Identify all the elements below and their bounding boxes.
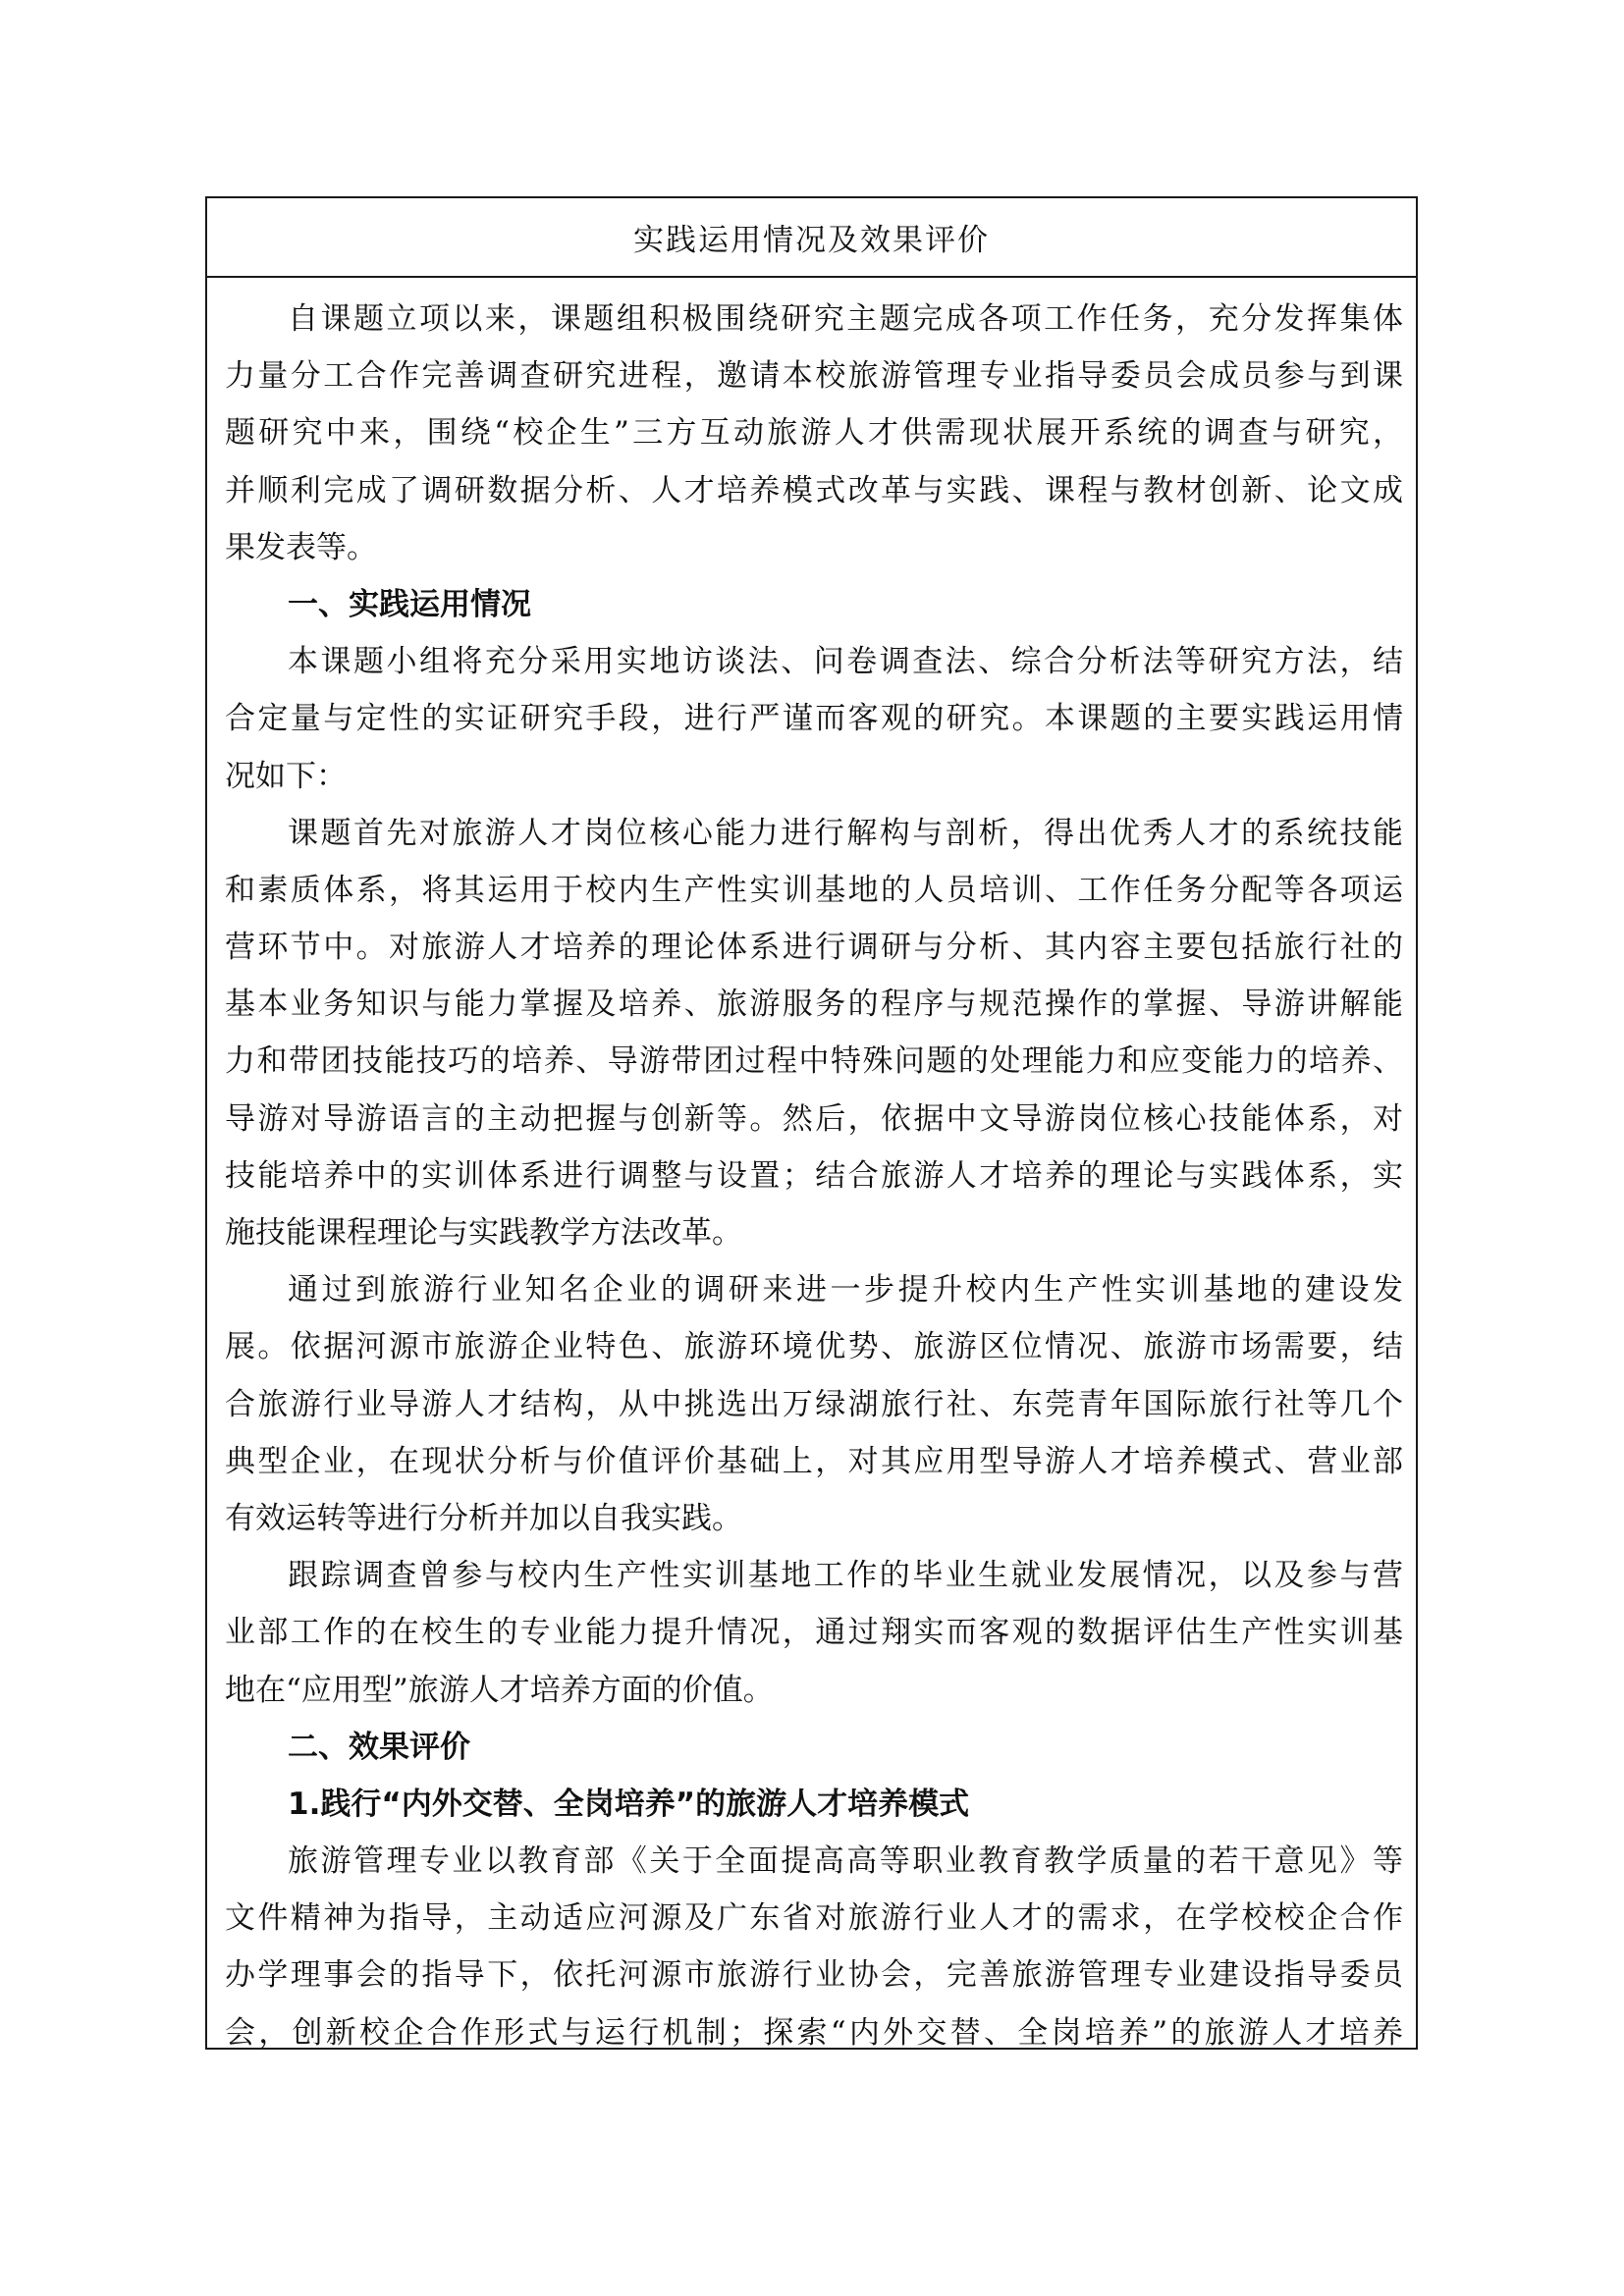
section-heading: 二、效果评价 (225, 1719, 1403, 1776)
paragraph: 本课题小组将充分采用实地访谈法、问卷调查法、综合分析法等研究方法，结合定量与定性… (225, 633, 1403, 805)
text-line: 施技能课程理论与实践教学方法改革。 (225, 1204, 1403, 1261)
text-line: 跟踪调查曾参与校内生产性实训基地工作的毕业生就业发展情况，以及参与营 (225, 1547, 1403, 1604)
heading-line: 一、实践运用情况 (225, 576, 1403, 633)
evaluation-table: 实践运用情况及效果评价 自课题立项以来，课题组积极围绕研究主题完成各项工作任务，… (205, 196, 1418, 2050)
paragraph: 旅游管理专业以教育部《关于全面提高高等职业教育教学质量的若干意见》等文件精神为指… (225, 1833, 1403, 2061)
text-line: 技能培养中的实训体系进行调整与设置；结合旅游人才培养的理论与实践体系，实 (225, 1148, 1403, 1204)
text-line: 况如下： (225, 748, 1403, 805)
paragraph: 通过到旅游行业知名企业的调研来进一步提升校内生产性实训基地的建设发展。依据河源市… (225, 1261, 1403, 1547)
heading-line: 二、效果评价 (225, 1719, 1403, 1776)
paragraph: 跟踪调查曾参与校内生产性实训基地工作的毕业生就业发展情况，以及参与营业部工作的在… (225, 1547, 1403, 1719)
text-line: 旅游管理专业以教育部《关于全面提高高等职业教育教学质量的若干意见》等 (225, 1833, 1403, 1890)
text-line: 通过到旅游行业知名企业的调研来进一步提升校内生产性实训基地的建设发 (225, 1261, 1403, 1318)
text-line: 果发表等。 (225, 519, 1403, 576)
text-line: 力和带团技能技巧的培养、导游带团过程中特殊问题的处理能力和应变能力的培养、 (225, 1033, 1403, 1090)
text-line: 导游对导游语言的主动把握与创新等。然后，依据中文导游岗位核心技能体系，对 (225, 1091, 1403, 1148)
text-line: 办学理事会的指导下，依托河源市旅游行业协会，完善旅游管理专业建设指导委员 (225, 1947, 1403, 2003)
table-title: 实践运用情况及效果评价 (633, 215, 990, 259)
section-heading: 1.践行“内外交替、全岗培养”的旅游人才培养模式 (225, 1776, 1403, 1833)
text-line: 基本业务知识与能力掌握及培养、旅游服务的程序与规范操作的掌握、导游讲解能 (225, 976, 1403, 1033)
text-line: 并顺利完成了调研数据分析、人才培养模式改革与实践、课程与教材创新、论文成 (225, 462, 1403, 519)
table-body-cell: 自课题立项以来，课题组积极围绕研究主题完成各项工作任务，充分发挥集体力量分工合作… (225, 291, 1403, 2061)
text-line: 合定量与定性的实证研究手段，进行严谨而客观的研究。本课题的主要实践运用情 (225, 690, 1403, 747)
text-line: 地在“应用型”旅游人才培养方面的价值。 (225, 1662, 1403, 1719)
text-line: 合旅游行业导游人才结构，从中挑选出万绿湖旅行社、东莞青年国际旅行社等几个 (225, 1376, 1403, 1433)
text-line: 课题首先对旅游人才岗位核心能力进行解构与剖析，得出优秀人才的系统技能 (225, 805, 1403, 862)
text-line: 题研究中来，围绕“校企生”三方互动旅游人才供需现状展开系统的调查与研究， (225, 404, 1403, 461)
text-line: 典型企业，在现状分析与价值评价基础上，对其应用型导游人才培养模式、营业部 (225, 1433, 1403, 1490)
heading-line: 1.践行“内外交替、全岗培养”的旅游人才培养模式 (225, 1776, 1403, 1833)
paragraph: 课题首先对旅游人才岗位核心能力进行解构与剖析，得出优秀人才的系统技能和素质体系，… (225, 805, 1403, 1262)
text-line: 营环节中。对旅游人才培养的理论体系进行调研与分析、其内容主要包括旅行社的 (225, 919, 1403, 976)
text-line: 本课题小组将充分采用实地访谈法、问卷调查法、综合分析法等研究方法，结 (225, 633, 1403, 690)
section-heading: 一、实践运用情况 (225, 576, 1403, 633)
text-line: 文件精神为指导，主动适应河源及广东省对旅游行业人才的需求，在学校校企合作 (225, 1890, 1403, 1947)
text-line: 业部工作的在校生的专业能力提升情况，通过翔实而客观的数据评估生产性实训基 (225, 1604, 1403, 1661)
text-line: 力量分工合作完善调查研究进程，邀请本校旅游管理专业指导委员会成员参与到课 (225, 347, 1403, 404)
paragraph: 自课题立项以来，课题组积极围绕研究主题完成各项工作任务，充分发挥集体力量分工合作… (225, 291, 1403, 576)
table-header: 实践运用情况及效果评价 (207, 198, 1416, 278)
text-line: 有效运转等进行分析并加以自我实践。 (225, 1490, 1403, 1547)
text-line: 自课题立项以来，课题组积极围绕研究主题完成各项工作任务，充分发挥集体 (225, 291, 1403, 347)
text-line: 和素质体系，将其运用于校内生产性实训基地的人员培训、工作任务分配等各项运 (225, 862, 1403, 919)
text-line: 会，创新校企合作形式与运行机制；探索“内外交替、全岗培养”的旅游人才培养 (225, 2004, 1403, 2061)
text-line: 展。依据河源市旅游企业特色、旅游环境优势、旅游区位情况、旅游市场需要，结 (225, 1318, 1403, 1375)
